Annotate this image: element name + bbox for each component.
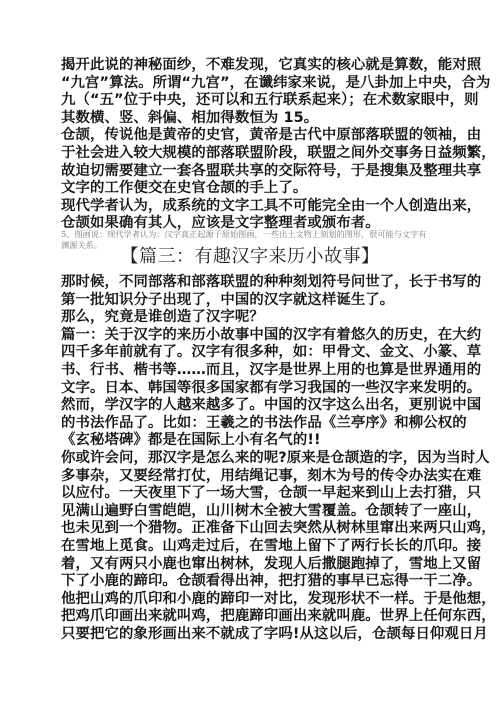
document-page: 揭开此说的神秘面纱，不难发现，它真实的核心就是算数，能对照 “九宫”算法。所谓“… <box>0 0 500 708</box>
text-line: 只要把它的象形画出来不就成了字吗!从这以后，仓颉每日仰观日月 <box>61 626 433 644</box>
text-line: 你或许会问，那汉字是怎么来的呢?原来是仓颉造的字，因为当时人 <box>61 450 433 468</box>
text-line: 第一批知识分子出现了，中国的汉字就这样诞生了。 <box>61 292 433 310</box>
text-line: 见满山遍野白雪皑皑，山川树木全被大雪覆盖。仓颉转了一座山， <box>61 503 433 521</box>
text-line: 《玄秘塔碑》都是在国际上小有名气的!! <box>61 432 433 450</box>
text-line: 于社会进入较大规模的部落联盟阶段，联盟之间外交事务日益频繁， <box>61 145 433 163</box>
text-line: 在雪地上觅食。山鸡走过后，在雪地上留下了两行长长的爪印。接 <box>61 538 433 556</box>
section-heading: 【篇三：有趣汉字来历小故事】 <box>0 246 500 268</box>
text-line: 的书法作品了。比如：王羲之的书法作品《兰亭序》和柳公权的 <box>61 415 433 433</box>
text-line: 着，又有两只小鹿也窜出树林，发现人后撒腿跑掉了，雪地上又留 <box>61 556 433 574</box>
text-line: 揭开此说的神秘面纱，不难发现，它真实的核心就是算数，能对照 <box>61 57 433 75</box>
text-line: 也未见到一个猎物。正准备下山回去突然从树林里窜出来两只山鸡， <box>61 520 433 538</box>
text-line: 多事杂，又要经常打仗，用结绳记事，刻木为号的传令办法实在难 <box>61 468 433 486</box>
text-line: 把鸡爪印画出来就叫鸡，把鹿蹄印画出来就叫鹿。世界上任何东西， <box>61 608 433 626</box>
text-line: 书、行书、楷书等……而且，汉字是世界上用的也算是世界通用的 <box>61 362 433 380</box>
text-line: 四千多年前就有了。汉字有很多种，如：甲骨文、金文、小篆、草 <box>61 344 433 362</box>
text-line: 下了小鹿的蹄印。仓颉看得出神，把打猎的事早已忘得一干二净。 <box>61 573 433 591</box>
text-line: 那么，究竟是谁创造了汉字呢？ <box>61 309 433 327</box>
text-line: 九（“五”位于中央，还可以和五行联系起来）；在术数家眼中，则 <box>61 92 433 110</box>
footnote-line: 5、图画说：现代学者认为：汉字真正起源于原始图画，一些出土文物上刻划的图形，很可… <box>61 229 433 240</box>
section-1-text: 揭开此说的神秘面纱，不难发现，它真实的核心就是算数，能对照 “九宫”算法。所谓“… <box>61 57 433 233</box>
text-line: 现代学者认为，成系统的文字工具不可能完全由一个人创造出来， <box>61 198 433 216</box>
text-line: 然而，学汉字的人越来越多了。中国的汉字这么出名，更别说中国 <box>61 397 433 415</box>
text-line: 其数横、竖、斜偏、相加得数恒为 15。 <box>61 110 433 128</box>
text-line: 那时候，不同部落和部落联盟的种种刻划符号问世了，长于书写的 <box>61 274 433 292</box>
text-line: 以应付。一天夜里下了一场大雪，仓颉一早起来到山上去打猎，只 <box>61 485 433 503</box>
text-line: 故迫切需要建立一套各盟联共享的交际符号，于是搜集及整理共享 <box>61 163 433 181</box>
text-line: 文字的工作便交在史官仓颉的手上了。 <box>61 180 433 198</box>
text-line: “九宫”算法。所谓“九宫”，在谶纬家来说，是八卦加上中央，合为 <box>61 75 433 93</box>
text-line: 篇一：关于汉字的来历小故事中国的汉字有着悠久的历史，在大约 <box>61 327 433 345</box>
text-line: 仓颉，传说他是黄帝的史官，黄帝是古代中原部落联盟的领袖，由 <box>61 127 433 145</box>
text-line: 他把山鸡的爪印和小鹿的蹄印一对比，发现形状不一样。于是他想， <box>61 591 433 609</box>
section-2-text: 那时候，不同部落和部落联盟的种种刻划符号问世了，长于书写的 第一批知识分子出现了… <box>61 274 433 643</box>
text-line: 文字。日本、韩国等很多国家都有学习我国的一些汉字来发明的。 <box>61 380 433 398</box>
